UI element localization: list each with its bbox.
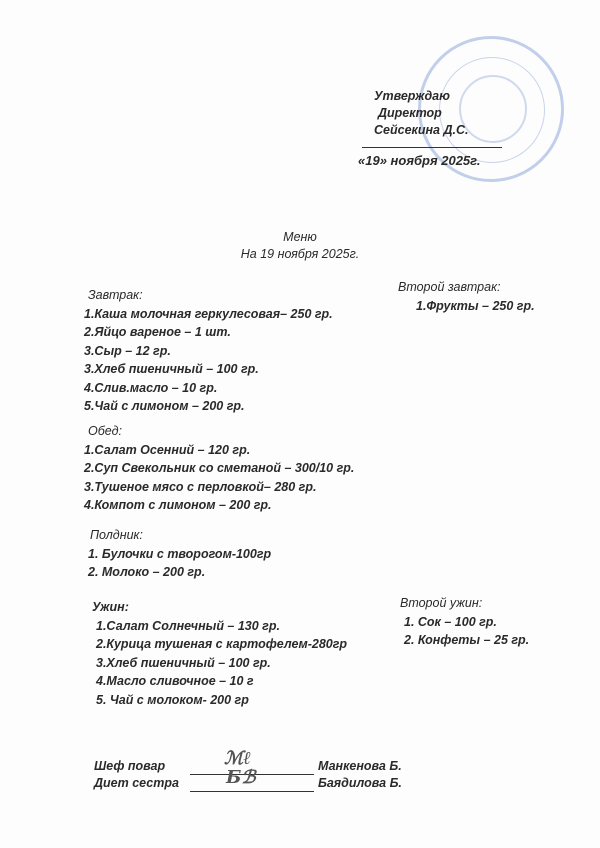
approval-block: Утверждаю Директор Сейсекина Д.С. (374, 88, 468, 139)
menu-item: 4.Компот с лимоном – 200 гр. (84, 496, 354, 515)
menu-item: 1.Фрукты – 250 гр. (416, 297, 535, 316)
menu-item: 5.Чай с лимоном – 200 гр. (84, 397, 333, 416)
signature-line: Бℬ (190, 779, 314, 792)
menu-item: 5. Чай с молоком- 200 гр (96, 691, 347, 710)
page-title: Меню (0, 230, 600, 244)
section-label: Второй ужин: (400, 594, 529, 613)
menu-item: 2.Курица тушеная с картофелем-280гр (96, 635, 347, 654)
menu-item: 1. Булочки с творогом-100гр (88, 545, 271, 564)
menu-item: 1. Сок – 100 гр. (404, 613, 529, 632)
menu-item: 2.Суп Свекольник со сметаной – 300/10 гр… (84, 459, 354, 478)
section-lunch: Обед: 1.Салат Осенний – 120 гр.2.Суп Све… (88, 422, 354, 515)
menu-item: 3.Хлеб пшеничный – 100 гр. (84, 360, 333, 379)
section-label: Обед: (88, 422, 354, 441)
menu-item: 4.Слив.масло – 10 гр. (84, 379, 333, 398)
menu-item: 2. Молоко – 200 гр. (88, 563, 271, 582)
section-breakfast: Завтрак: 1.Каша молочная геркулесовая– 2… (88, 286, 333, 416)
menu-item: 2. Конфеты – 25 гр. (404, 631, 529, 650)
state-emblem-icon (459, 75, 527, 143)
handwritten-signature-icon: Бℬ (226, 769, 256, 786)
menu-item: 3.Сыр – 12 гр. (84, 342, 333, 361)
section-dinner: Ужин: 1.Салат Солнечный – 130 гр.2.Куриц… (92, 598, 347, 709)
signature-role: Шеф повар (94, 758, 190, 775)
menu-date: На 19 ноября 2025г. (0, 247, 600, 261)
approval-word: Утверждаю (374, 88, 468, 105)
section-label: Второй завтрак: (398, 278, 535, 297)
handwritten-signature-icon: ℳℓ (224, 750, 251, 767)
approval-position: Директор (374, 105, 468, 122)
section-label: Полдник: (90, 526, 271, 545)
section-second-breakfast: Второй завтрак: 1.Фрукты – 250 гр. (398, 278, 535, 315)
signature-name: Баядилова Б. (318, 775, 402, 792)
approval-name: Сейсекина Д.С. (374, 122, 468, 139)
menu-item: 1.Салат Солнечный – 130 гр. (96, 617, 347, 636)
signature-role: Диет сестра (94, 775, 190, 792)
menu-item: 1.Каша молочная геркулесовая– 250 гр. (84, 305, 333, 324)
menu-item: 3.Хлеб пшеничный – 100 гр. (96, 654, 347, 673)
menu-item: 4.Масло сливочное – 10 г (96, 672, 347, 691)
section-label: Завтрак: (88, 286, 333, 305)
section-snack: Полдник: 1. Булочки с творогом-100гр2. М… (90, 526, 271, 582)
menu-item: 2.Яйцо вареное – 1 шт. (84, 323, 333, 342)
approval-date: «19» ноября 2025г. (358, 153, 481, 168)
approval-signature-line (362, 147, 502, 148)
signature-row-dietitian: Диет сестра Бℬ Баядилова Б. (94, 775, 402, 792)
signatures-block: Шеф повар ℳℓ Манкенова Б. Диет сестра Бℬ… (94, 758, 402, 792)
signature-name: Манкенова Б. (318, 758, 402, 775)
section-second-dinner: Второй ужин: 1. Сок – 100 гр.2. Конфеты … (400, 594, 529, 650)
menu-item: 3.Тушеное мясо с перловкой– 280 гр. (84, 478, 354, 497)
section-label: Ужин: (92, 598, 347, 617)
menu-item: 1.Салат Осенний – 120 гр. (84, 441, 354, 460)
